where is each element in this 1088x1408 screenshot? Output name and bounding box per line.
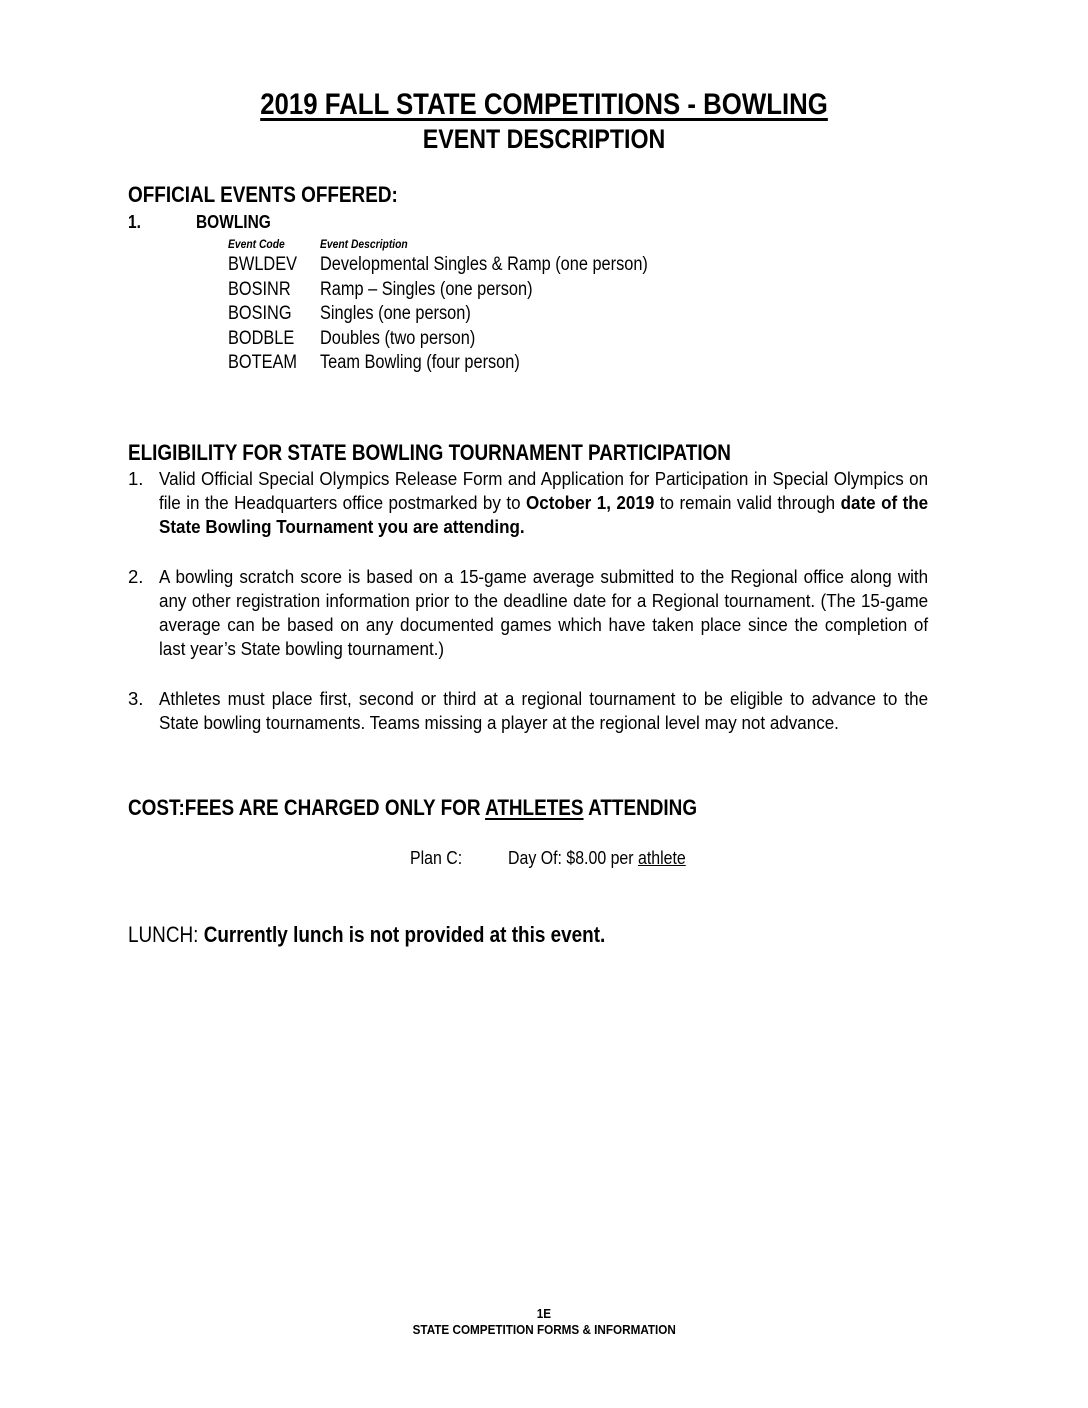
official-events-heading: OFFICIAL EVENTS OFFERED: <box>128 182 442 208</box>
plan-label: Plan C: <box>410 847 462 869</box>
document-subtitle: EVENT DESCRIPTION <box>0 124 1088 155</box>
event-item-number: 1. <box>128 212 143 233</box>
event-description: Doubles (two person) <box>320 328 475 350</box>
eligibility-item-2: 2. A bowling scratch score is based on a… <box>128 565 928 661</box>
event-code: BODBLE <box>228 328 294 350</box>
event-description: Ramp – Singles (one person) <box>320 279 533 301</box>
item-text: Valid Official Special Olympics Release … <box>159 467 928 539</box>
item-number: 1. <box>128 467 143 491</box>
document-title: 2019 FALL STATE COMPETITIONS - BOWLING <box>0 88 1088 122</box>
column-header-event-code: Event Code <box>228 237 294 251</box>
footer-label: STATE COMPETITION FORMS & INFORMATION <box>0 1322 1088 1337</box>
event-code: BOSINR <box>228 279 291 301</box>
lunch-note: LUNCH: Currently lunch is not provided a… <box>128 922 683 948</box>
page-number: 1E <box>0 1306 1088 1321</box>
event-item-label: BOWLING <box>196 212 283 233</box>
eligibility-item-3: 3. Athletes must place first, second or … <box>128 687 928 735</box>
event-code: BOSING <box>228 303 292 325</box>
item-text: Athletes must place first, second or thi… <box>159 687 928 735</box>
eligibility-item-1: 1. Valid Official Special Olympics Relea… <box>128 467 928 539</box>
plan-value: Day Of: $8.00 per athlete <box>508 847 686 869</box>
item-text: A bowling scratch score is based on a 15… <box>159 565 928 661</box>
event-description: Singles (one person) <box>320 303 471 325</box>
column-header-event-description: Event Description <box>320 237 422 251</box>
event-description: Team Bowling (four person) <box>320 352 520 374</box>
event-description: Developmental Singles & Ramp (one person… <box>320 254 648 276</box>
eligibility-heading: ELIGIBILITY FOR STATE BOWLING TOURNAMENT… <box>128 440 829 466</box>
item-number: 2. <box>128 565 143 589</box>
event-code: BOTEAM <box>228 352 297 374</box>
cost-heading: COST:FEES ARE CHARGED ONLY FOR ATHLETES … <box>128 795 790 821</box>
item-number: 3. <box>128 687 143 711</box>
event-code: BWLDEV <box>228 254 297 276</box>
